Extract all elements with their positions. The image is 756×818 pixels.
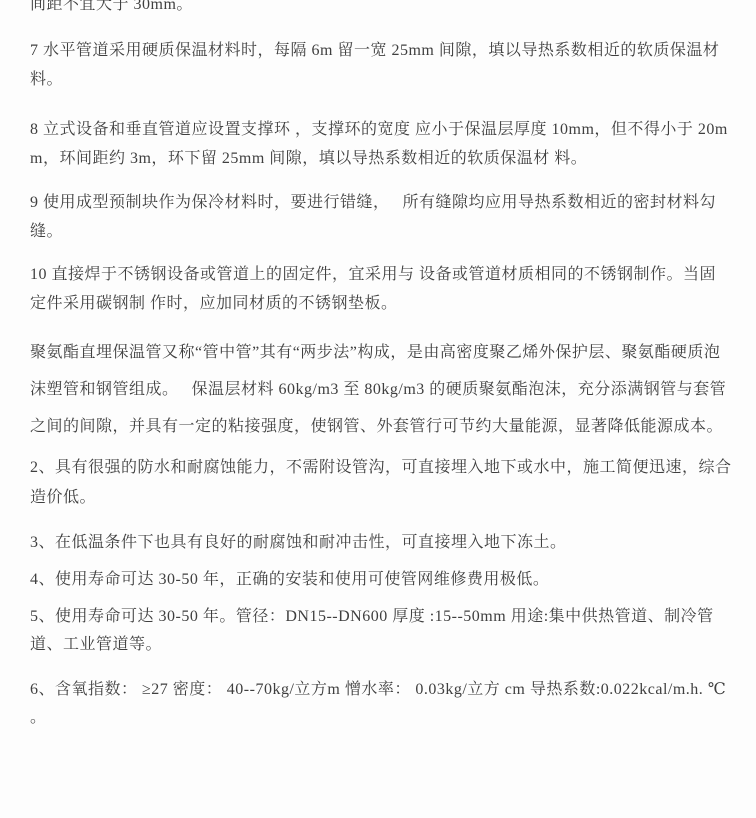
paragraph-list-item-5: 5、使用寿命可达 30-50 年。管径：DN15--DN600 厚度 :15--… xyxy=(30,603,732,659)
paragraph-item-9: 9 使用成型预制块作为保冷材料时，要进行错缝， 所有缝隙均应用导热系数相近的密封… xyxy=(30,188,732,246)
paragraph-intro: 聚氨酯直埋保温管又称“管中管”其有“两步法”构成，是由高密度聚乙烯外保护层、聚氨… xyxy=(30,334,732,445)
paragraph-clipped-top: 间距不宜大于 30mm。 xyxy=(30,0,732,19)
paragraph-list-item-3: 3、在低温条件下也具有良好的耐腐蚀和耐冲击性，可直接埋入地下冻土。 xyxy=(30,528,732,557)
document-page: 间距不宜大于 30mm。 7 水平管道采用硬质保温材料时，每隔 6m 留一宽 2… xyxy=(0,0,756,818)
paragraph-list-item-2: 2、具有很强的防水和耐腐蚀能力，不需附设管沟，可直接埋入地下或水中，施工简便迅速… xyxy=(30,453,732,513)
paragraph-list-item-6: 6、含氧指数： ≥27 密度： 40--70kg/立方m 憎水率： 0.03kg… xyxy=(30,676,732,732)
paragraph-item-7: 7 水平管道采用硬质保温材料时，每隔 6m 留一宽 25mm 间隙，填以导热系数… xyxy=(30,36,732,94)
paragraph-item-8: 8 立式设备和垂直管道应设置支撑环 ，支撑环的宽度 应小于保温层厚度 10mm，… xyxy=(30,115,732,173)
paragraph-item-10: 10 直接焊于不锈钢设备或管道上的固定件，宜采用与 设备或管道材质相同的不锈钢制… xyxy=(30,260,732,318)
paragraph-list-item-4: 4、使用寿命可达 30-50 年，正确的安装和使用可使管网维修费用极低。 xyxy=(30,565,732,594)
